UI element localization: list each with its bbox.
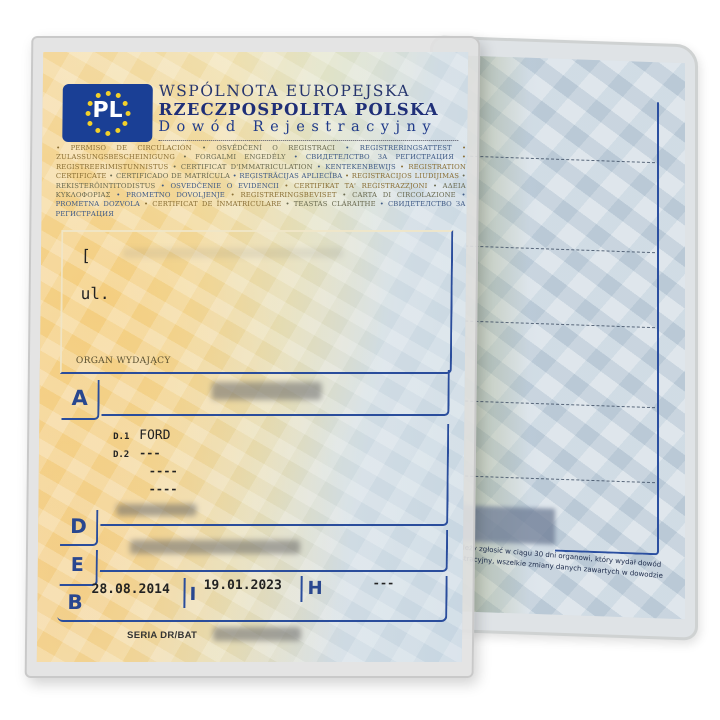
multilingual-title: • CARTA DI CIRCOLAZIONE [342, 191, 461, 199]
field-a-letter: A [71, 386, 88, 410]
field-b-row: B 28.08.2014 I 19.01.2023 H --- [57, 576, 447, 622]
issuer-label: ORGAN WYDAJĄCY [76, 356, 171, 366]
multilingual-title: • KENTEKENBEWIJS [317, 163, 400, 171]
header-line-1: WSPÓLNOTA EUROPEJSKA [159, 82, 411, 100]
registration-certificate-front: PL WSPÓLNOTA EUROPEJSKA RZECZPOSPOLITA P… [37, 52, 468, 662]
header-divider [158, 140, 458, 141]
back-page-line [445, 475, 655, 484]
eu-star-icon [105, 91, 110, 96]
field-d-letter: D [70, 514, 87, 538]
field-d2-value: --- [139, 446, 161, 460]
field-b-letter: B [67, 590, 83, 614]
eu-star-icon [115, 128, 120, 133]
multilingual-title: • OSVEDČENIE O EVIDENCII [161, 182, 285, 190]
back-page-document: ...należy zgłosić w ciągu 30 dni organow… [445, 55, 685, 619]
eu-star-icon [105, 131, 110, 136]
multilingual-title: • CERTIFICADO DE MATRÍCULA [109, 172, 233, 180]
series-redacted [213, 627, 301, 641]
multilingual-title: • OSVĚDČENÍ O REGISTRACI [202, 144, 345, 152]
field-h-letter: H [307, 578, 322, 599]
field-d4-value: ---- [149, 482, 178, 496]
eu-star-icon [95, 128, 100, 133]
multilingual-title: • TEASTAS CLÁRAITHE [285, 200, 379, 208]
issuer-line-1: [ [81, 246, 91, 265]
field-d3-value: ---- [149, 464, 178, 478]
field-d1-value: FORD [139, 428, 170, 443]
document-title: Dowód Rejestracyjny [158, 119, 437, 135]
field-d-letter-box: D [60, 510, 98, 546]
multilingual-title: • CERTIFIKAT TA' REĠISTRAZZJONI [284, 182, 433, 190]
field-i-letter: I [189, 584, 196, 605]
multilingual-title: • FORGALMI ENGEDÉLY [183, 153, 294, 161]
multilingual-title: • CERTIFICAT D'IMMATRICULATION [173, 163, 317, 171]
field-a-redacted [212, 382, 322, 400]
field-e-box [100, 530, 448, 572]
multilingual-titles: • PERMISO DE CIRCULACIÓN • OSVĚDČENÍ O R… [55, 144, 466, 219]
issuer-street: ul. [81, 284, 110, 303]
issuer-redacted [123, 248, 343, 258]
multilingual-title: • REGISTRERINGSATTEST [345, 144, 462, 152]
field-d-box: D.1 FORD D.2 --- ---- ---- [100, 424, 449, 526]
field-d2-label: D.2 [113, 450, 129, 460]
back-page-vertical-rule [657, 102, 659, 538]
multilingual-title: • PROMETNO DOVOLJENJE [116, 191, 230, 199]
field-d1-label: D.1 [113, 432, 129, 442]
issuer-box: [ ul. ORGAN WYDAJĄCY [60, 230, 454, 374]
multilingual-title: • REĢISTRĀCIJAS APLIECĪBA [233, 172, 345, 180]
field-i-value: 19.01.2023 [204, 578, 282, 593]
header-line-2: RZECZPOSPOLITA POLSKA [158, 100, 438, 119]
field-e-redacted [130, 540, 300, 554]
eu-flag-icon: PL [62, 84, 153, 142]
document-cover-sleeve: PL WSPÓLNOTA EUROPEJSKA RZECZPOSPOLITA P… [25, 36, 481, 678]
series-label: SERIA DR/BAT [127, 630, 197, 641]
multilingual-title: • REGISTRACIJOS LIUDIJIMAS [345, 172, 462, 180]
field-h-divider [300, 576, 302, 602]
multilingual-title: • CERTIFICAT DE ÎNMATRICULARE [144, 200, 286, 208]
field-a-letter-box: A [61, 380, 99, 420]
field-e-letter: E [71, 554, 84, 576]
field-d-redacted [116, 504, 196, 516]
field-a-box [101, 370, 449, 416]
country-code: PL [62, 98, 152, 123]
field-h-value: --- [373, 576, 395, 590]
back-page-field-border [555, 514, 659, 556]
multilingual-title: • PERMISO DE CIRCULACIÓN [56, 144, 202, 152]
multilingual-title: • REGISTRERINGSBEVISET [231, 191, 343, 199]
multilingual-title: • СВИДЕТЕЛСТВО ЗА РЕГИСТРАЦИЯ [294, 153, 462, 161]
field-i-divider [183, 578, 185, 608]
field-b-value: 28.08.2014 [91, 582, 169, 597]
